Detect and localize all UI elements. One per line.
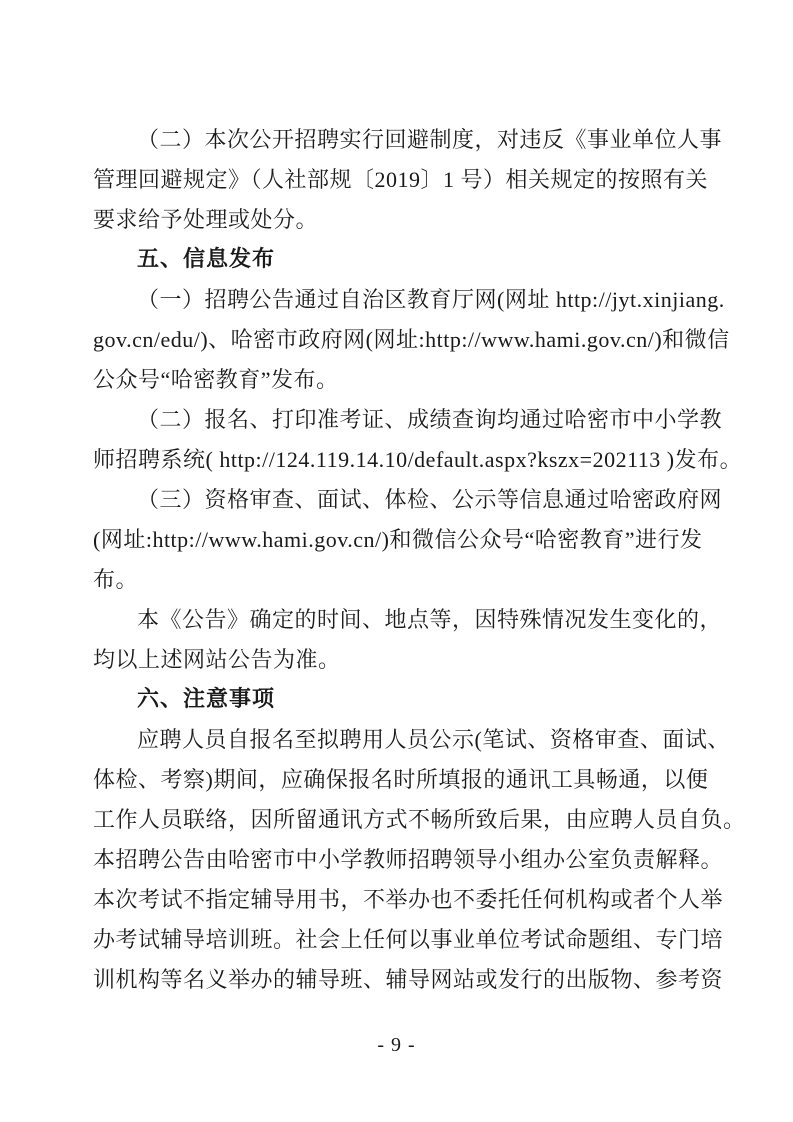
section-heading: 六、注意事项 xyxy=(93,680,713,720)
text-line: 训机构等名义举办的辅导班、辅导网站或发行的出版物、参考资 xyxy=(93,960,713,1000)
page-footer: - 9 - xyxy=(0,1034,793,1057)
text-line: 均以上述网站公告为准。 xyxy=(93,640,713,680)
text-line: (网址:http://www.hami.gov.cn/)和微信公众号“哈密教育”… xyxy=(93,520,713,560)
text-line: 体检、考察)期间，应确保报名时所填报的通讯工具畅通，以便 xyxy=(93,760,713,800)
text-line: 应聘人员自报名至拟聘用人员公示(笔试、资格审查、面试、 xyxy=(93,720,713,760)
text-line: 布。 xyxy=(93,560,713,600)
document-body: （二）本次公开招聘实行回避制度，对违反《事业单位人事管理回避规定》（人社部规〔2… xyxy=(93,120,713,1000)
text-line: 管理回避规定》（人社部规〔2019〕1 号）相关规定的按照有关 xyxy=(93,160,713,200)
text-line: 本《公告》确定的时间、地点等，因特殊情况发生变化的， xyxy=(93,600,713,640)
text-line: 工作人员联络，因所留通讯方式不畅所致后果，由应聘人员自负。 xyxy=(93,800,713,840)
document-page: （二）本次公开招聘实行回避制度，对违反《事业单位人事管理回避规定》（人社部规〔2… xyxy=(0,0,793,1122)
text-line: 办考试辅导培训班。社会上任何以事业单位考试命题组、专门培 xyxy=(93,920,713,960)
text-line: 本次考试不指定辅导用书，不举办也不委托任何机构或者个人举 xyxy=(93,880,713,920)
text-line: 本招聘公告由哈密市中小学教师招聘领导小组办公室负责解释。 xyxy=(93,840,713,880)
text-line: 公众号“哈密教育”发布。 xyxy=(93,360,713,400)
text-line: （二）报名、打印准考证、成绩查询均通过哈密市中小学教 xyxy=(93,400,713,440)
text-line: （二）本次公开招聘实行回避制度，对违反《事业单位人事 xyxy=(93,120,713,160)
text-line: 要求给予处理或处分。 xyxy=(93,200,713,240)
text-line: gov.cn/edu/)、哈密市政府网(网址:http://www.hami.g… xyxy=(93,320,713,360)
section-heading: 五、信息发布 xyxy=(93,240,713,280)
page-number: - 9 - xyxy=(377,1034,415,1056)
text-line: 师招聘系统( http://124.119.14.10/default.aspx… xyxy=(93,440,713,480)
text-line: （一）招聘公告通过自治区教育厅网(网址 http://jyt.xinjiang. xyxy=(93,280,713,320)
text-line: （三）资格审查、面试、体检、公示等信息通过哈密政府网 xyxy=(93,480,713,520)
